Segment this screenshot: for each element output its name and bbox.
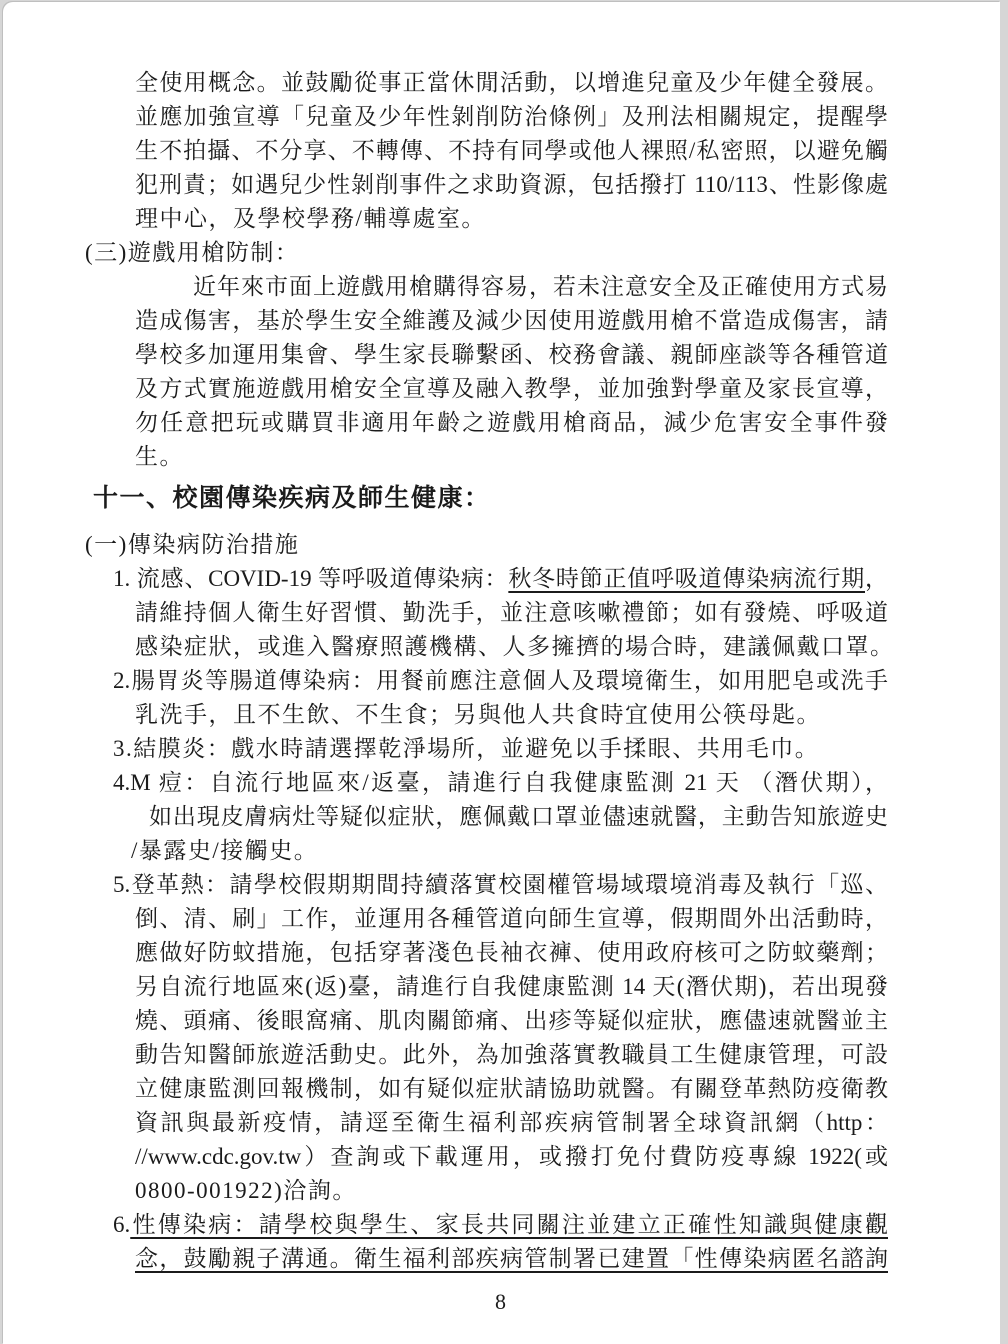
list-item-2-line-2: 乳洗手，且不生飲、不生食；另與他人共食時宜使用公筷母匙。 [135, 698, 888, 732]
document-page: 全使用概念。並鼓勵從事正當休閒活動，以增進兒童及少年健全發展。並應加強宣導「兒童… [3, 2, 1000, 1344]
list-item-6-line-1: 6.性傳染病：請學校與學生、家長共同關注並建立正確性知識與健康觀 [113, 1208, 888, 1242]
text-segment: 十一、校園傳染疾病及師生健康： [93, 485, 491, 512]
list-item-5-line-10: 0800-001922)洽詢。 [135, 1174, 888, 1208]
continued-paragraph-line-5: 理中心，及學校學務/輔導處室。 [135, 202, 888, 236]
section-3-paragraph-line-6: 生。 [135, 440, 888, 474]
list-item-1-line-3: 感染症狀，或進入醫療照護機構、人多擁擠的場合時，建議佩戴口罩。 [135, 630, 888, 664]
text-segment: 並應加強宣導「兒童及少年性剝削防治條例」及刑法相關規定，提醒學 [135, 104, 888, 129]
continued-paragraph-line-2: 並應加強宣導「兒童及少年性剝削防治條例」及刑法相關規定，提醒學 [135, 100, 888, 134]
text-segment: 請維持個人衛生好習慣、勤洗手，並注意咳嗽禮節；如有發燒、呼吸道 [135, 600, 888, 625]
text-segment: ， [865, 566, 888, 591]
text-segment: 資訊與最新疫情，請逕至衛生福利部疾病管制署全球資訊網（http： [135, 1110, 888, 1135]
text-segment: 全使用概念。並鼓勵從事正當休閒活動，以增進兒童及少年健全發展。 [135, 70, 888, 95]
text-segment: 理中心，及學校學務/輔導處室。 [135, 206, 486, 231]
list-item-5-line-6: 動告知醫師旅遊活動史。此外，為加強落實教職員工生健康管理，可設 [135, 1038, 888, 1072]
text-segment: 0800-001922)洽詢。 [135, 1178, 357, 1203]
text-segment: (三)遊戲用槍防制： [85, 240, 299, 265]
underlined-text-segment: 秋冬時節正值呼吸道傳染病流行期 [508, 566, 865, 591]
section-3-paragraph-line-5: 勿任意把玩或購買非適用年齡之遊戲用槍商品，減少危害安全事件發 [135, 406, 888, 440]
continued-paragraph-line-4: 犯刑責；如遇兒少性剝削事件之求助資源，包括撥打 110/113、性影像處 [135, 168, 888, 202]
underlined-text-segment: 念，鼓勵親子溝通。衛生福利部疾病管制署已建置「性傳染病匿名諮詢 [135, 1246, 888, 1271]
list-item-5-line-4: 另自流行地區來(返)臺，請進行自我健康監測 14 天(潛伏期)，若出現發 [135, 970, 888, 1004]
text-segment: 2.腸胃炎等腸道傳染病：用餐前應注意個人及環境衛生，如用肥皂或洗手 [113, 668, 888, 693]
text-segment: 動告知醫師旅遊活動史。此外，為加強落實教職員工生健康管理，可設 [135, 1042, 888, 1067]
heading-11: 十一、校園傳染疾病及師生健康： [93, 482, 893, 516]
text-segment: 應做好防蚊措施，包括穿著淺色長袖衣褲、使用政府核可之防蚊藥劑； [135, 940, 888, 965]
list-item-4-line-3: /暴露史/接觸史。 [131, 834, 888, 868]
section-3-paragraph-line-4: 及方式實施遊戲用槍安全宣導及融入教學，並加強對學童及家長宣導， [135, 372, 888, 406]
text-segment: 及方式實施遊戲用槍安全宣導及融入教學，並加強對學童及家長宣導， [135, 376, 888, 401]
text-segment: 1. 流感、COVID-19 等呼吸道傳染病： [113, 566, 508, 591]
text-segment: 4.M 痘：自流行地區來/返臺，請進行自我健康監測 21 天 （潛伏期）， [113, 770, 888, 795]
subsection-1-label: (一)傳染病防治措施 [85, 528, 888, 562]
text-segment: 造成傷害，基於學生安全維護及減少因使用遊戲用槍不當造成傷害，請 [135, 308, 888, 333]
text-segment: 另自流行地區來(返)臺，請進行自我健康監測 14 天(潛伏期)，若出現發 [135, 974, 888, 999]
text-segment: 生不拍攝、不分享、不轉傳、不持有同學或他人裸照/私密照，以避免觸 [135, 138, 888, 163]
list-item-4-line-1: 4.M 痘：自流行地區來/返臺，請進行自我健康監測 21 天 （潛伏期）， [113, 766, 888, 800]
page-number: 8 [113, 1289, 888, 1315]
text-segment: (一)傳染病防治措施 [85, 532, 299, 557]
section-3-paragraph-line-1: 近年來市面上遊戲用槍購得容易，若未注意安全及正確使用方式易 [193, 270, 888, 304]
document-body: 全使用概念。並鼓勵從事正當休閒活動，以增進兒童及少年健全發展。並應加強宣導「兒童… [3, 2, 1000, 1276]
text-segment: 感染症狀，或進入醫療照護機構、人多擁擠的場合時，建議佩戴口罩。 [135, 634, 895, 659]
text-segment: //www.cdc.gov.tw）查詢或下載運用，或撥打免付費防疫專線 1922… [135, 1144, 888, 1169]
list-item-3-line-1: 3.結膜炎：戲水時請選擇乾淨場所，並避免以手揉眼、共用毛巾。 [113, 732, 888, 766]
list-item-1-line-1: 1. 流感、COVID-19 等呼吸道傳染病：秋冬時節正值呼吸道傳染病流行期， [113, 562, 888, 596]
text-segment: 5.登革熱：請學校假期期間持續落實校園權管場域環境消毒及執行「巡、 [113, 872, 888, 897]
text-segment: 倒、清、刷」工作，並運用各種管道向師生宣導，假期間外出活動時， [135, 906, 888, 931]
continued-paragraph-line-3: 生不拍攝、不分享、不轉傳、不持有同學或他人裸照/私密照，以避免觸 [135, 134, 888, 168]
continued-paragraph-line-1: 全使用概念。並鼓勵從事正當休閒活動，以增進兒童及少年健全發展。 [135, 66, 888, 100]
section-3-paragraph-line-2: 造成傷害，基於學生安全維護及減少因使用遊戲用槍不當造成傷害，請 [135, 304, 888, 338]
list-item-5-line-7: 立健康監測回報機制，如有疑似症狀請協助就醫。有關登革熱防疫衛教 [135, 1072, 888, 1106]
text-segment: 近年來市面上遊戲用槍購得容易，若未注意安全及正確使用方式易 [193, 274, 888, 299]
list-item-5-line-9: //www.cdc.gov.tw）查詢或下載運用，或撥打免付費防疫專線 1922… [135, 1140, 888, 1174]
list-item-2-line-1: 2.腸胃炎等腸道傳染病：用餐前應注意個人及環境衛生，如用肥皂或洗手 [113, 664, 888, 698]
list-item-5-line-8: 資訊與最新疫情，請逕至衛生福利部疾病管制署全球資訊網（http： [135, 1106, 888, 1140]
text-segment: 如出現皮膚病灶等疑似症狀，應佩戴口罩並儘速就醫，主動告知旅遊史 [149, 804, 888, 829]
text-segment: 勿任意把玩或購買非適用年齡之遊戲用槍商品，減少危害安全事件發 [135, 410, 888, 435]
list-item-4-line-2: 如出現皮膚病灶等疑似症狀，應佩戴口罩並儘速就醫，主動告知旅遊史 [149, 800, 888, 834]
list-item-5-line-5: 燒、頭痛、後眼窩痛、肌肉關節痛、出疹等疑似症狀，應儘速就醫並主 [135, 1004, 888, 1038]
text-segment: 生。 [135, 444, 184, 469]
text-segment: 燒、頭痛、後眼窩痛、肌肉關節痛、出疹等疑似症狀，應儘速就醫並主 [135, 1008, 888, 1033]
text-segment: 犯刑責；如遇兒少性剝削事件之求助資源，包括撥打 110/113、性影像處 [135, 172, 888, 197]
list-item-5-line-1: 5.登革熱：請學校假期期間持續落實校園權管場域環境消毒及執行「巡、 [113, 868, 888, 902]
section-3-paragraph-line-3: 學校多加運用集會、學生家長聯繫函、校務會議、親師座談等各種管道 [135, 338, 888, 372]
text-segment: 學校多加運用集會、學生家長聯繫函、校務會議、親師座談等各種管道 [135, 342, 888, 367]
text-segment: 6. [113, 1212, 130, 1237]
underlined-text-segment: 性傳染病：請學校與學生、家長共同關注並建立正確性知識與健康觀 [130, 1212, 888, 1237]
section-3-label: (三)遊戲用槍防制： [85, 236, 888, 270]
list-item-1-line-2: 請維持個人衛生好習慣、勤洗手，並注意咳嗽禮節；如有發燒、呼吸道 [135, 596, 888, 630]
list-item-5-line-2: 倒、清、刷」工作，並運用各種管道向師生宣導，假期間外出活動時， [135, 902, 888, 936]
text-segment: 立健康監測回報機制，如有疑似症狀請協助就醫。有關登革熱防疫衛教 [135, 1076, 888, 1101]
text-segment: /暴露史/接觸史。 [131, 838, 318, 863]
text-segment: 3.結膜炎：戲水時請選擇乾淨場所，並避免以手揉眼、共用毛巾。 [113, 736, 819, 761]
list-item-5-line-3: 應做好防蚊措施，包括穿著淺色長袖衣褲、使用政府核可之防蚊藥劑； [135, 936, 888, 970]
text-segment: 乳洗手，且不生飲、不生食；另與他人共食時宜使用公筷母匙。 [135, 702, 821, 727]
list-item-6-line-2: 念，鼓勵親子溝通。衛生福利部疾病管制署已建置「性傳染病匿名諮詢 [135, 1242, 888, 1276]
